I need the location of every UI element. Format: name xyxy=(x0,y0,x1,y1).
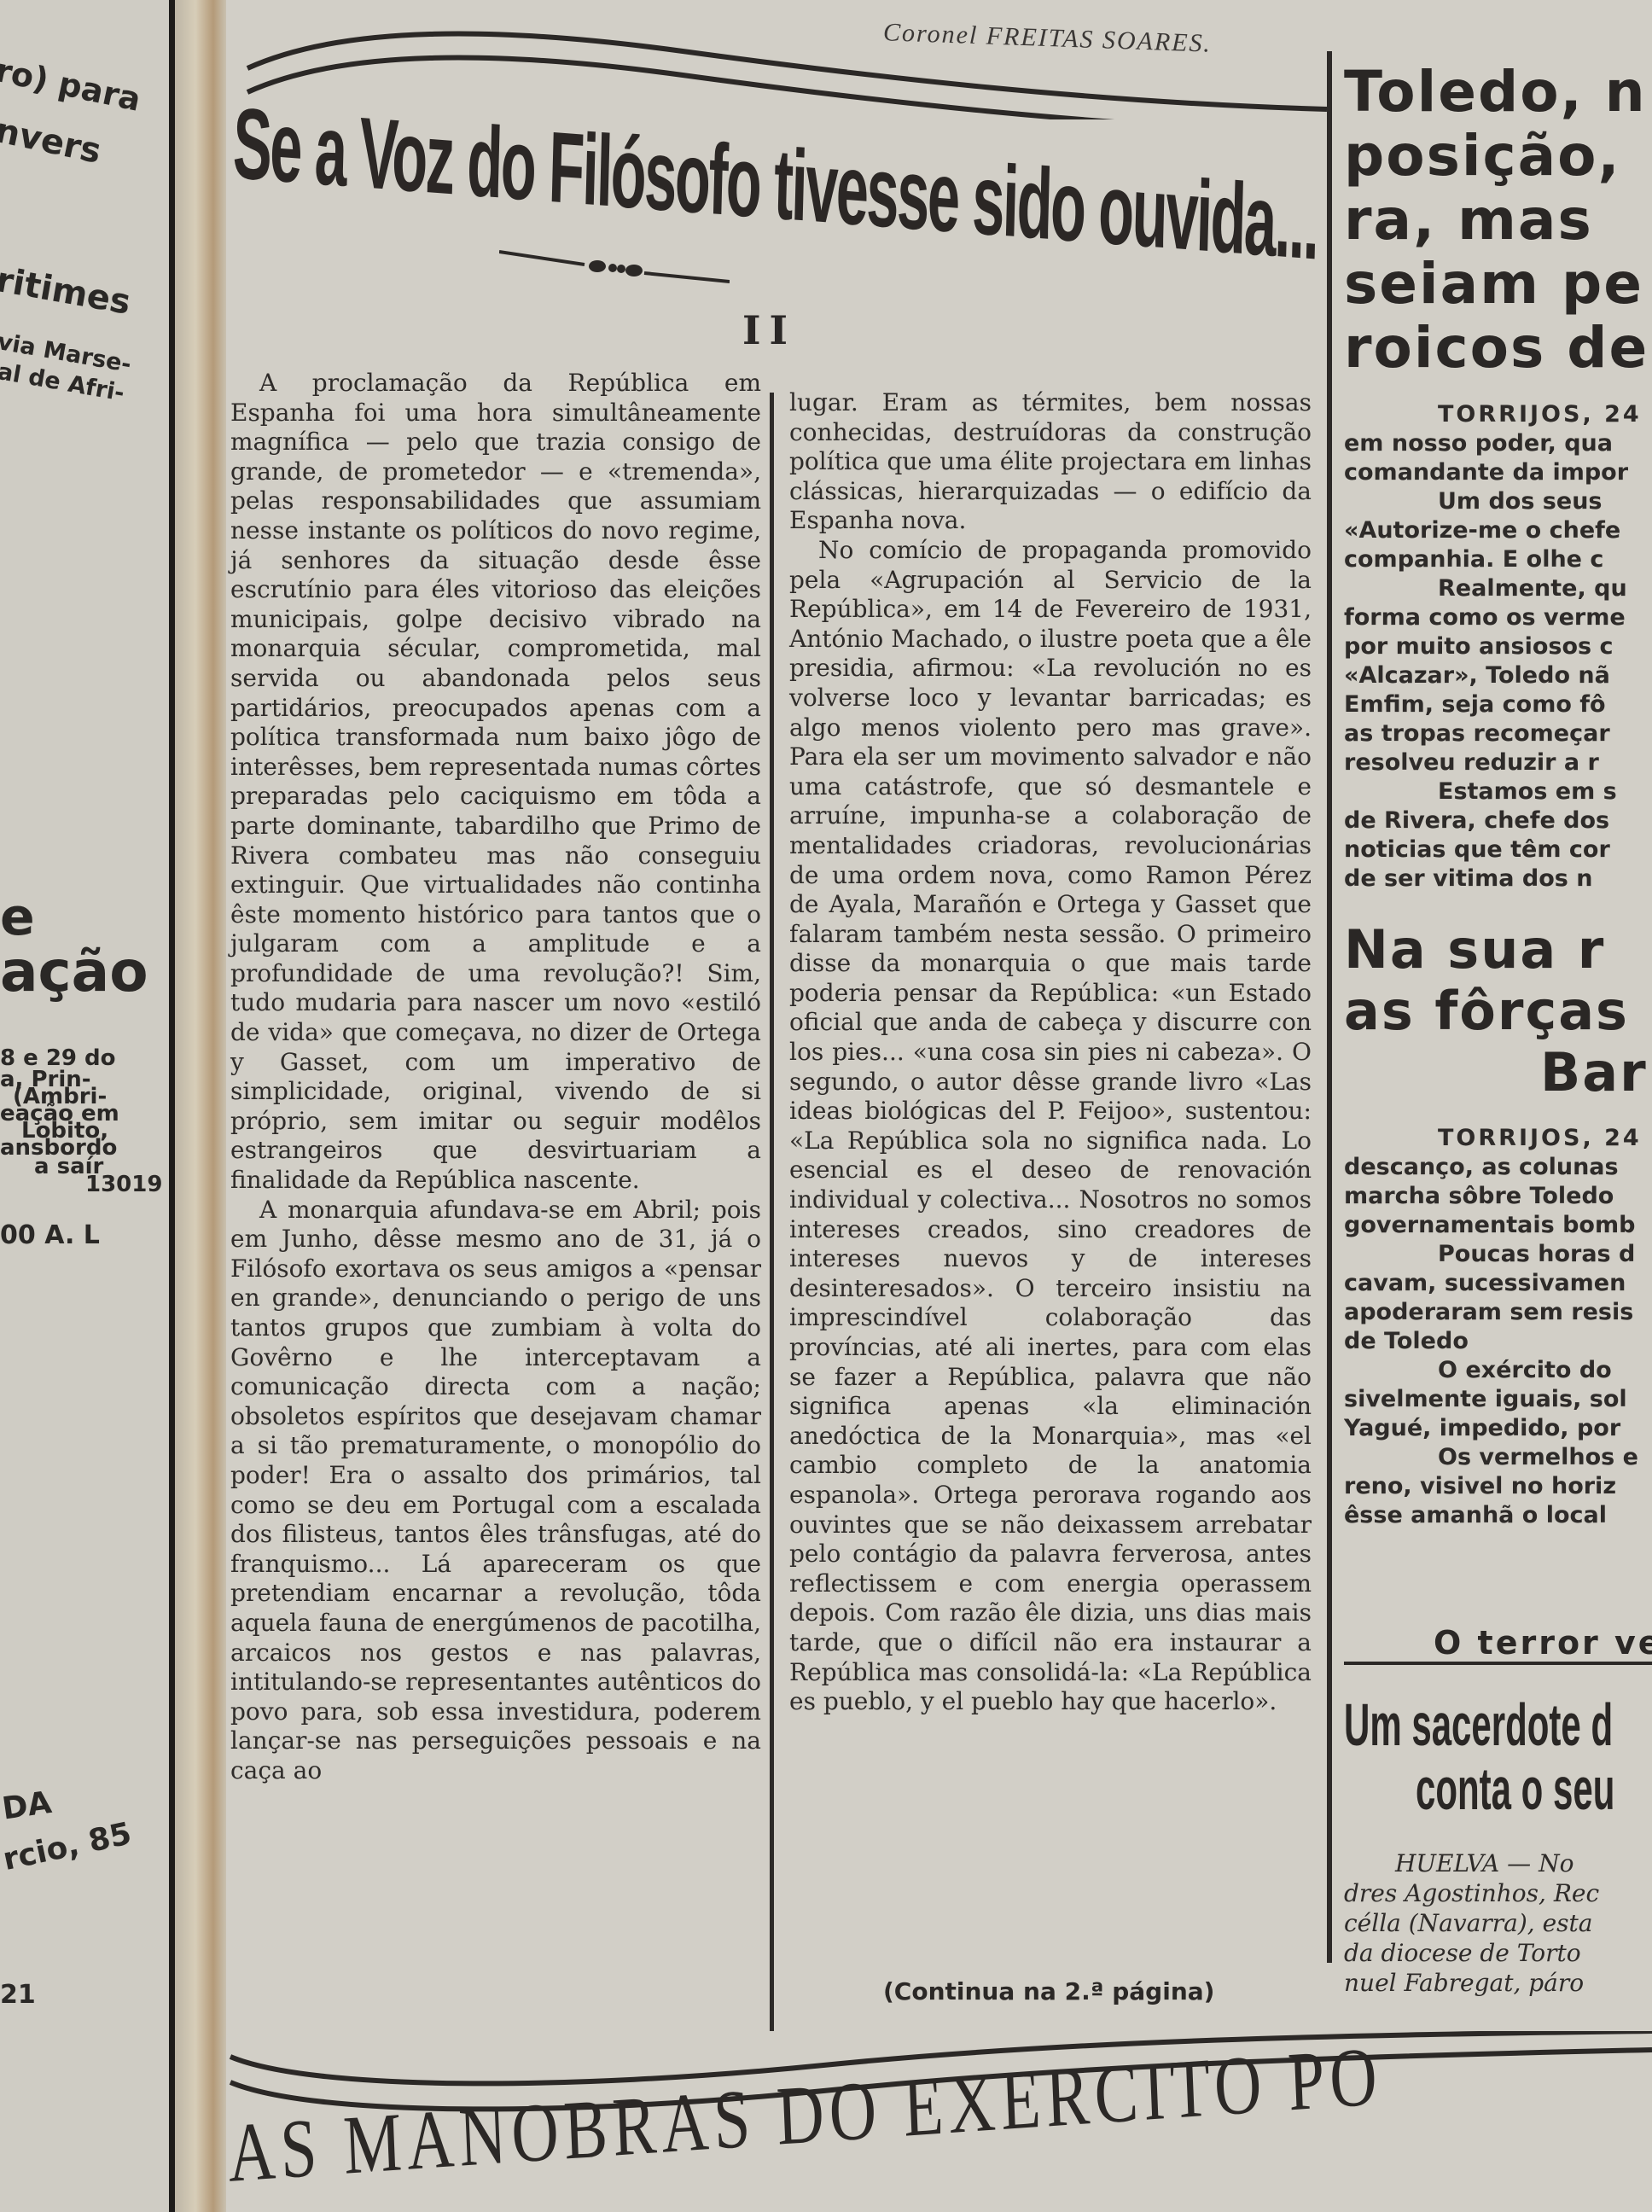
previous-page-text-fragment: 13019 xyxy=(85,1172,162,1197)
previous-page-text-fragment: nvers xyxy=(0,111,104,172)
story-line: de Toledo xyxy=(1344,1327,1652,1356)
story-line: sivelmente iguais, sol xyxy=(1344,1385,1652,1414)
story-line: dres Agostinhos, Rec xyxy=(1344,1878,1652,1908)
story-line: comandante da impor xyxy=(1344,458,1652,487)
dateline: TORRIJOS, 24 xyxy=(1344,400,1652,429)
story-line: Os vermelhos e xyxy=(1344,1443,1652,1472)
story-line: Realmente, qu xyxy=(1344,574,1652,603)
previous-page-edge: NOITAIDUro) paranversritimesvia Marse-al… xyxy=(0,0,175,2212)
paragraph: A proclamação da República em Espanha fo… xyxy=(230,369,761,1196)
story-line: Um dos seus xyxy=(1344,487,1652,516)
paragraph: lugar. Eram as térmites, bem nossas conh… xyxy=(789,388,1312,536)
story-line: Yagué, impedido, por xyxy=(1344,1414,1652,1443)
right-news-column: Toledo, n posição, ra, mas seiam pe roic… xyxy=(1344,60,1652,2014)
story-line: O exército do xyxy=(1344,1356,1652,1385)
story-line: Poucas horas d xyxy=(1344,1240,1652,1269)
headline-line: Toledo, n xyxy=(1344,60,1652,124)
headline-toledo: Toledo, n posição, ra, mas seiam pe roic… xyxy=(1344,60,1652,380)
story-line: êsse amanhã o local xyxy=(1344,1501,1652,1530)
previous-page-text-fragment: 21 xyxy=(0,1980,36,2010)
headline-sacerdote-line2: conta o seu xyxy=(1344,1755,1652,1823)
story-line: as tropas recomeçar xyxy=(1344,719,1652,748)
headline-line: seiam pe xyxy=(1344,252,1652,316)
previous-page-text-fragment: ro) para xyxy=(0,51,144,119)
story-line: em nosso poder, qua xyxy=(1344,429,1652,458)
paragraph: A monarquia afundava-se em Abril; pois e… xyxy=(230,1196,761,1786)
story-line: descanço, as colunas xyxy=(1344,1153,1652,1182)
story-line: forma como os verme xyxy=(1344,603,1652,632)
story-line: companhia. E olhe c xyxy=(1344,545,1652,574)
headline-line: Bar xyxy=(1344,1042,1652,1103)
headline-line: ra, mas xyxy=(1344,188,1652,252)
column-divider-right xyxy=(1327,51,1332,1963)
story-line: reno, visivel no horiz xyxy=(1344,1472,1652,1501)
story-line: cavam, sucessivamen xyxy=(1344,1269,1652,1298)
dateline: TORRIJOS, 24 xyxy=(1344,1124,1652,1153)
story-line: nuel Fabregat, páro xyxy=(1344,1968,1652,1998)
decorative-ornament-divider xyxy=(499,243,730,286)
story-line: da diocese de Torto xyxy=(1344,1938,1652,1968)
story-line: marcha sôbre Toledo xyxy=(1344,1182,1652,1211)
previous-page-text-fragment: 00 A. L xyxy=(0,1220,100,1250)
story-line: resolveu reduzir a r xyxy=(1344,748,1652,777)
story-line: noticias que têm cor xyxy=(1344,835,1652,864)
paragraph: No comício de propaganda promovido pela … xyxy=(789,536,1312,1717)
story-line: célla (Navarra), esta xyxy=(1344,1908,1652,1938)
headline-line: as fôrças xyxy=(1344,981,1652,1042)
story-line: Estamos em s xyxy=(1344,777,1652,806)
previous-page-text-fragment: rcio, 85 xyxy=(0,1816,135,1877)
story-line: de ser vitima dos n xyxy=(1344,864,1652,894)
headline-line: posição, xyxy=(1344,124,1652,188)
story-line: de Rivera, chefe dos xyxy=(1344,806,1652,835)
previous-page-text-fragment: DA xyxy=(0,1785,54,1827)
continued-on-page-note: (Continua na 2.ª página) xyxy=(883,1977,1214,2005)
previous-page-text-fragment: ação xyxy=(0,939,148,1004)
headline-na-sua: Na sua r as fôrças Bar xyxy=(1344,919,1652,1103)
story-line: «Autorize-me o chefe xyxy=(1344,516,1652,545)
book-gutter xyxy=(175,0,226,2212)
article-part-number: II xyxy=(742,307,796,353)
story-line: por muito ansiosos c xyxy=(1344,632,1652,661)
article-column-1: A proclamação da República em Espanha fo… xyxy=(230,369,761,1786)
story-line: apoderaram sem resis xyxy=(1344,1298,1652,1327)
story-huelva-body: dres Agostinhos, Reccélla (Navarra), est… xyxy=(1344,1878,1652,1998)
headline-line: Na sua r xyxy=(1344,919,1652,981)
story-toledo-body: em nosso poder, quacomandante da imporUm… xyxy=(1344,429,1652,894)
story-forcas-body: descanço, as colunasmarcha sôbre Toledog… xyxy=(1344,1153,1652,1530)
story-line: Emfim, seja como fô xyxy=(1344,690,1652,719)
headline-line: roicos de xyxy=(1344,316,1652,380)
newspaper-page: Coronel FREITAS SOARES. Se a Voz do Filó… xyxy=(226,0,1652,2212)
article-column-2: lugar. Eram as térmites, bem nossas conh… xyxy=(789,388,1312,1717)
story-line: «Alcazar», Toledo nã xyxy=(1344,661,1652,690)
headline-sacerdote: Um sacerdote d xyxy=(1344,1691,1652,1759)
column-divider xyxy=(770,393,774,2031)
section-label-terror: O terror ve xyxy=(1344,1624,1652,1665)
previous-page-text-fragment: ritimes xyxy=(0,260,133,323)
story-line: governamentais bomb xyxy=(1344,1211,1652,1240)
dateline: HUELVA — No xyxy=(1344,1848,1652,1878)
